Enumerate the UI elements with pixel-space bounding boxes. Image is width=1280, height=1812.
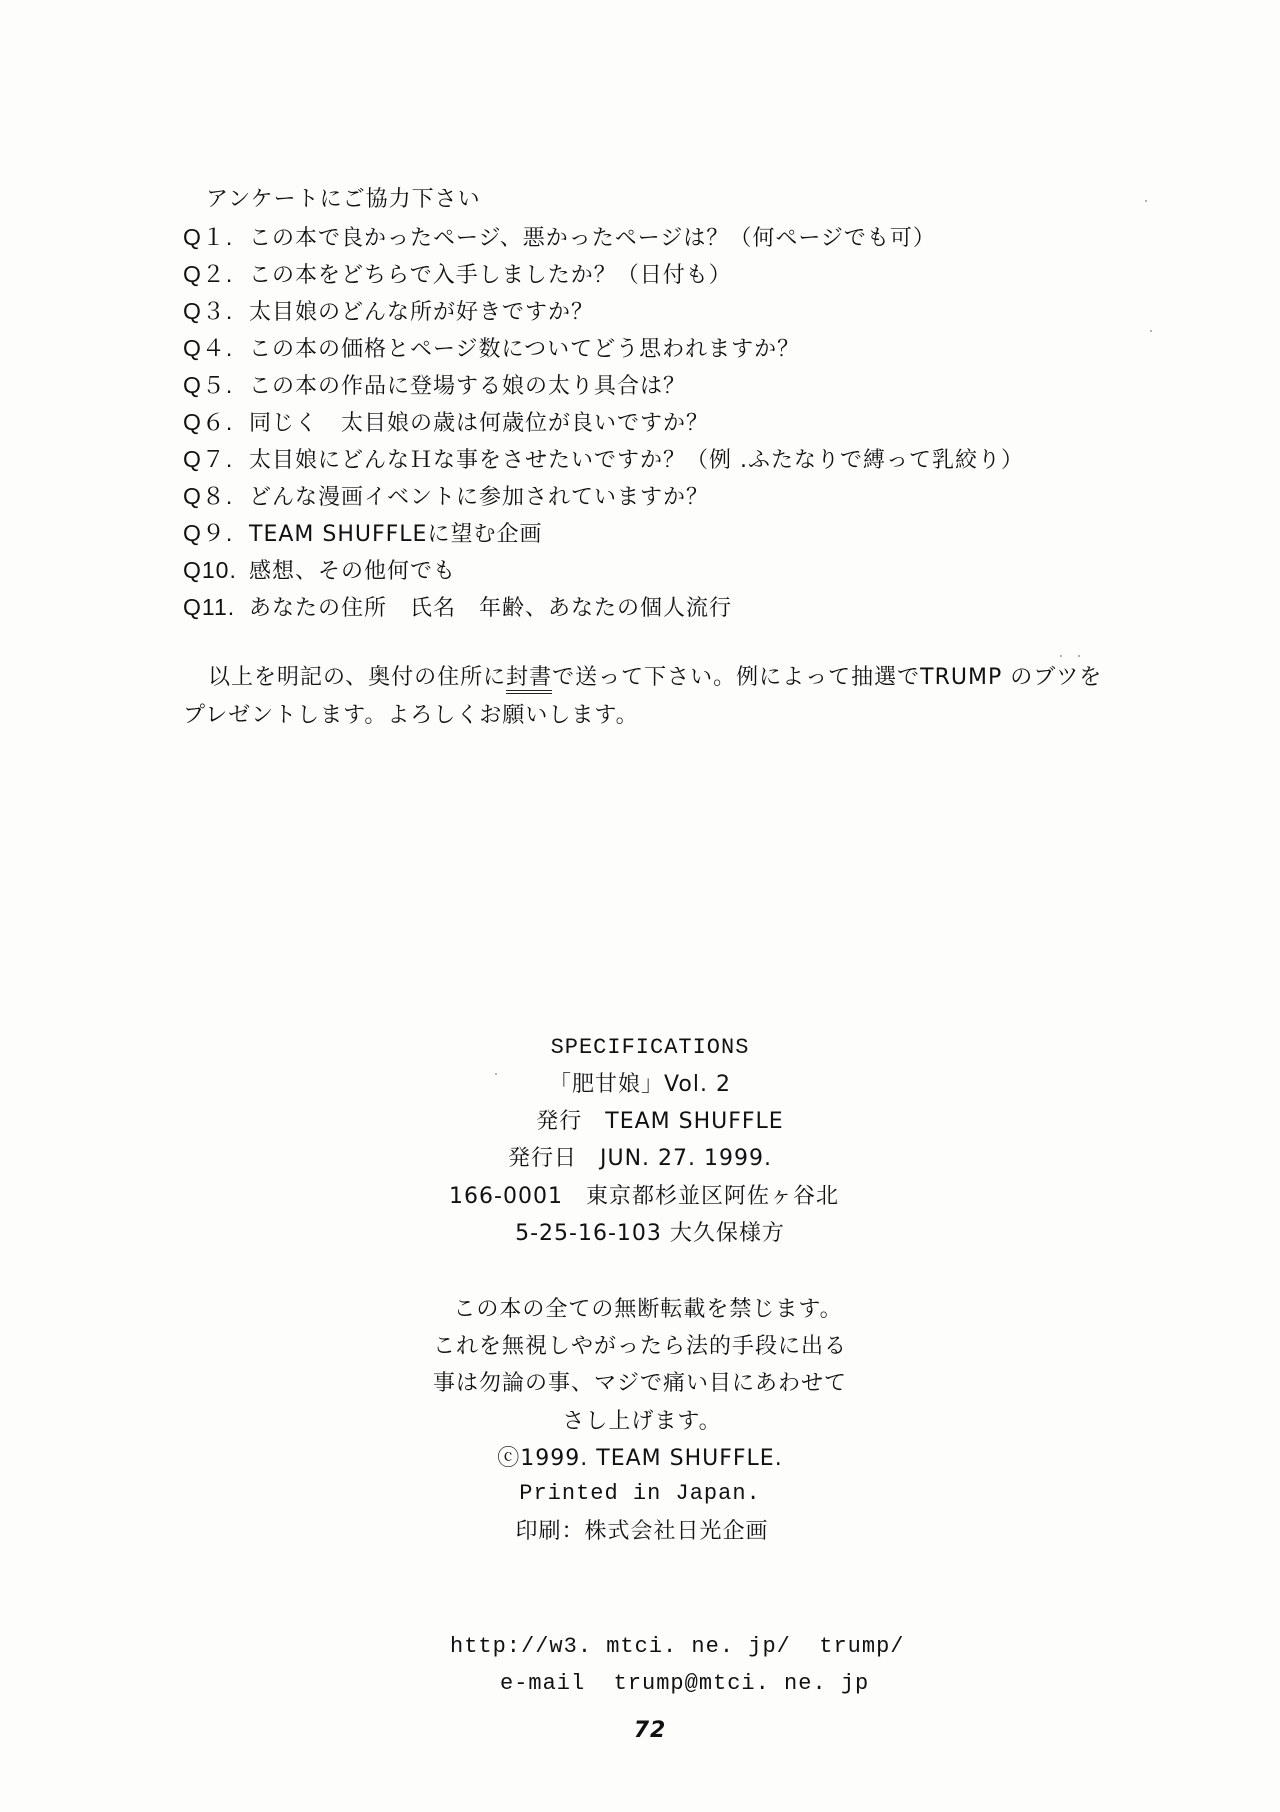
printer-info: 印刷：株式会社日光企画 [2, 1518, 1280, 1546]
notice-line-2: これを無視しやがったら法的手段に出る [0, 1333, 1280, 1361]
scan-speck [1078, 655, 1080, 657]
question-number: Q１. [183, 223, 249, 251]
question-9: Q９.TEAM SHUFFLEに望む企画 [183, 519, 542, 549]
specs-publisher: 発行 TEAM SHUFFLE [20, 1108, 1280, 1136]
question-number: Q10. [183, 556, 249, 584]
emphasized-sealed-letter: 封書 [506, 665, 552, 694]
notice-line-3: 事は勿論の事、マジで痛い目にあわせて [0, 1370, 1280, 1398]
notice-line-1: この本の全ての無断転載を禁じます。 [8, 1296, 1280, 1324]
question-text: 太目娘のどんな所が好きですか？ [249, 300, 594, 325]
specs-address-1: 166-0001 東京都杉並区阿佐ヶ谷北 [4, 1183, 1280, 1211]
question-number: Q７. [183, 445, 249, 473]
question-text: この本の価格とページ数についてどう思われますか？ [249, 337, 800, 362]
scan-speck [495, 1073, 497, 1075]
website-url: http://w3. mtci. ne. jp/ trump/ [450, 1633, 904, 1661]
question-text: この本をどちらで入手しましたか？（日付も） [249, 263, 732, 288]
survey-heading: アンケートにご協力下さい [206, 186, 481, 214]
question-number: Q５. [183, 371, 249, 399]
question-4: Q４.この本の価格とページ数についてどう思われますか？ [183, 334, 800, 364]
question-text: 感想、その他何でも [249, 559, 456, 584]
question-number: Q４. [183, 334, 249, 362]
question-number: Q２. [183, 260, 249, 288]
specs-publish-date: 発行日 JUN. 27. 1999. [0, 1145, 1280, 1173]
question-text: 太目娘にどんなＨな事をさせたいですか？（例 .ふたなりで縛って乳絞り） [249, 448, 1024, 473]
instructions-text: 以上を明記の、奥付の住所に [208, 665, 506, 690]
question-number: Q３. [183, 297, 249, 325]
question-1: Q１.この本で良かったページ、悪かったページは？（何ページでも可） [183, 223, 936, 253]
scan-speck [1060, 655, 1062, 657]
question-10: Q10.感想、その他何でも [183, 556, 456, 586]
printed-in-japan: Printed in Japan. [0, 1480, 1280, 1508]
specs-book-title: 「肥甘娘」Vol. 2 [0, 1071, 1280, 1099]
question-number: Q８. [183, 482, 249, 510]
question-text: この本の作品に登場する娘の太り具合は？ [249, 374, 686, 399]
email-address: e-mail trump@mtci. ne. jp [500, 1670, 869, 1698]
specs-address-2: 5-25-16-103 大久保様方 [10, 1220, 1280, 1248]
question-7: Q７.太目娘にどんなＨな事をさせたいですか？（例 .ふたなりで縛って乳絞り） [183, 445, 1024, 475]
question-text: 同じく 太目娘の歳は何歳位が良いですか？ [249, 411, 709, 436]
question-text: どんな漫画イベントに参加されていますか？ [249, 485, 709, 510]
notice-line-4: さし上げます。 [2, 1408, 1280, 1436]
scan-speck [1145, 200, 1147, 202]
question-number: Q11. [183, 593, 249, 621]
question-text: この本で良かったページ、悪かったページは？（何ページでも可） [249, 226, 936, 251]
question-text: TEAM SHUFFLEに望む企画 [249, 522, 542, 547]
instructions-text: で送って下さい。例によって抽選でTRUMP のブツを [552, 665, 1102, 690]
copyright: ⓒ1999. TEAM SHUFFLE. [0, 1445, 1280, 1473]
instructions-line-2: プレゼントします。よろしくお願いします。 [183, 702, 639, 730]
instructions-line-1: 以上を明記の、奥付の住所に封書で送って下さい。例によって抽選でTRUMP のブツ… [208, 664, 1102, 692]
question-3: Q３.太目娘のどんな所が好きですか？ [183, 297, 594, 327]
question-number: Q６. [183, 408, 249, 436]
question-8: Q８.どんな漫画イベントに参加されていますか？ [183, 482, 709, 512]
question-5: Q５.この本の作品に登場する娘の太り具合は？ [183, 371, 686, 401]
question-text: あなたの住所 氏名 年齢、あなたの個人流行 [249, 596, 732, 621]
page-number: 72 [10, 1717, 1280, 1745]
question-11: Q11.あなたの住所 氏名 年齢、あなたの個人流行 [183, 593, 732, 623]
scan-speck [1150, 330, 1152, 332]
question-2: Q２.この本をどちらで入手しましたか？（日付も） [183, 260, 732, 290]
question-6: Q６.同じく 太目娘の歳は何歳位が良いですか？ [183, 408, 709, 438]
question-number: Q９. [183, 519, 249, 547]
specs-title: SPECIFICATIONS [10, 1034, 1280, 1062]
